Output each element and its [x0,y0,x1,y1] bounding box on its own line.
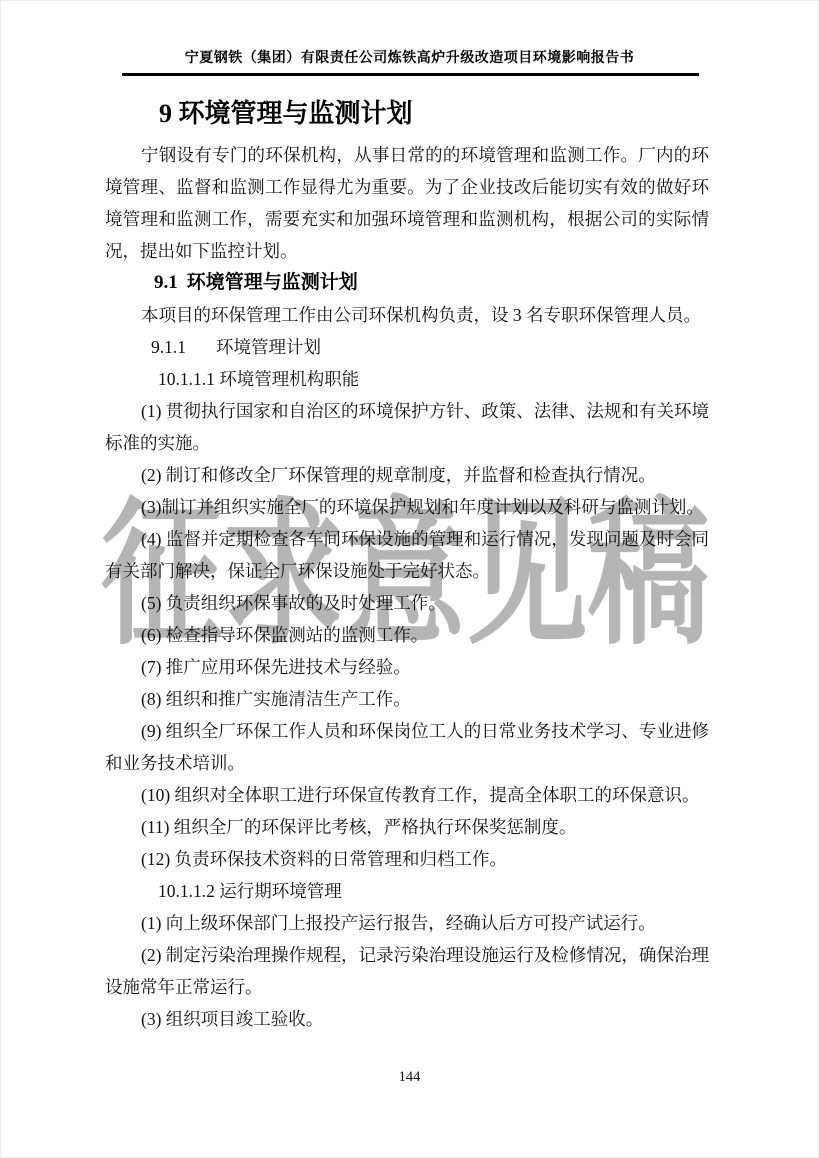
duty-item: (9) 组织全厂环保工作人员和环保岗位工人的日常业务技术学习、专业进修和业务技术… [105,715,709,779]
duty-item: (5) 负责组织环保事故的及时处理工作。 [105,587,709,619]
header-rule [122,73,699,76]
section-9-1-1-heading: 9.1.1环境管理计划 [105,331,709,363]
section-9-1-intro: 本项目的环保管理工作由公司环保机构负责，设 3 名专职环保管理人员。 [105,299,709,331]
section-label: 环境管理计划 [216,337,321,357]
duty-item: (2) 制订和修改全厂环保管理的规章制度，并监督和检查执行情况。 [105,459,709,491]
section-number: 9.1 [154,272,178,293]
duty-item: (11) 组织全厂的环保评比考核，严格执行环保奖惩制度。 [105,811,709,843]
subsection-10-1-1-1-heading: 10.1.1.1 环境管理机构职能 [105,363,709,395]
duty-item: (7) 推广应用环保先进技术与经验。 [105,651,709,683]
duty-item: (12) 负责环保技术资料的日常管理和归档工作。 [105,843,709,875]
document-body: 9 环境管理与监测计划 宁钢设有专门的环保机构，从事日常的的环境管理和监测工作。… [105,99,709,1035]
duty-item: (3)制订并组织实施全厂的环境保护规划和年度计划以及科研与监测计划。 [105,491,709,523]
page-number: 144 [1,1069,818,1086]
running-header: 宁夏钢铁（集团）有限责任公司炼铁高炉升级改造项目环境影响报告书 [1,47,818,67]
duty-item: (6) 检查指导环保监测站的监测工作。 [105,619,709,651]
section-label: 环境管理与监测计划 [187,272,358,293]
operation-item: (1) 向上级环保部门上报投产运行报告，经确认后方可投产试运行。 [105,907,709,939]
section-9-1-heading: 9.1环境管理与监测计划 [105,267,709,299]
section-number: 9.1.1 [151,337,186,357]
chapter-title: 9 环境管理与监测计划 [105,99,709,129]
duty-item: (4) 监督并定期检查各车间环保设施的管理和运行情况，发现问题及时会同有关部门解… [105,523,709,587]
operation-item: (2) 制定污染治理操作规程，记录污染治理设施运行及检修情况，确保治理设施常年正… [105,939,709,1003]
operation-item: (3) 组织项目竣工验收。 [105,1003,709,1035]
subsection-10-1-1-2-heading: 10.1.1.2 运行期环境管理 [105,875,709,907]
duty-item: (1) 贯彻执行国家和自治区的环境保护方针、政策、法律、法规和有关环境标准的实施… [105,395,709,459]
duty-item: (8) 组织和推广实施清洁生产工作。 [105,683,709,715]
duty-item: (10) 组织对全体职工进行环保宣传教育工作，提高全体职工的环保意识。 [105,779,709,811]
intro-paragraph: 宁钢设有专门的环保机构，从事日常的的环境管理和监测工作。厂内的环境管理、监督和监… [105,139,709,267]
document-page: 宁夏钢铁（集团）有限责任公司炼铁高炉升级改造项目环境影响报告书 征求意见稿 9 … [0,0,819,1158]
